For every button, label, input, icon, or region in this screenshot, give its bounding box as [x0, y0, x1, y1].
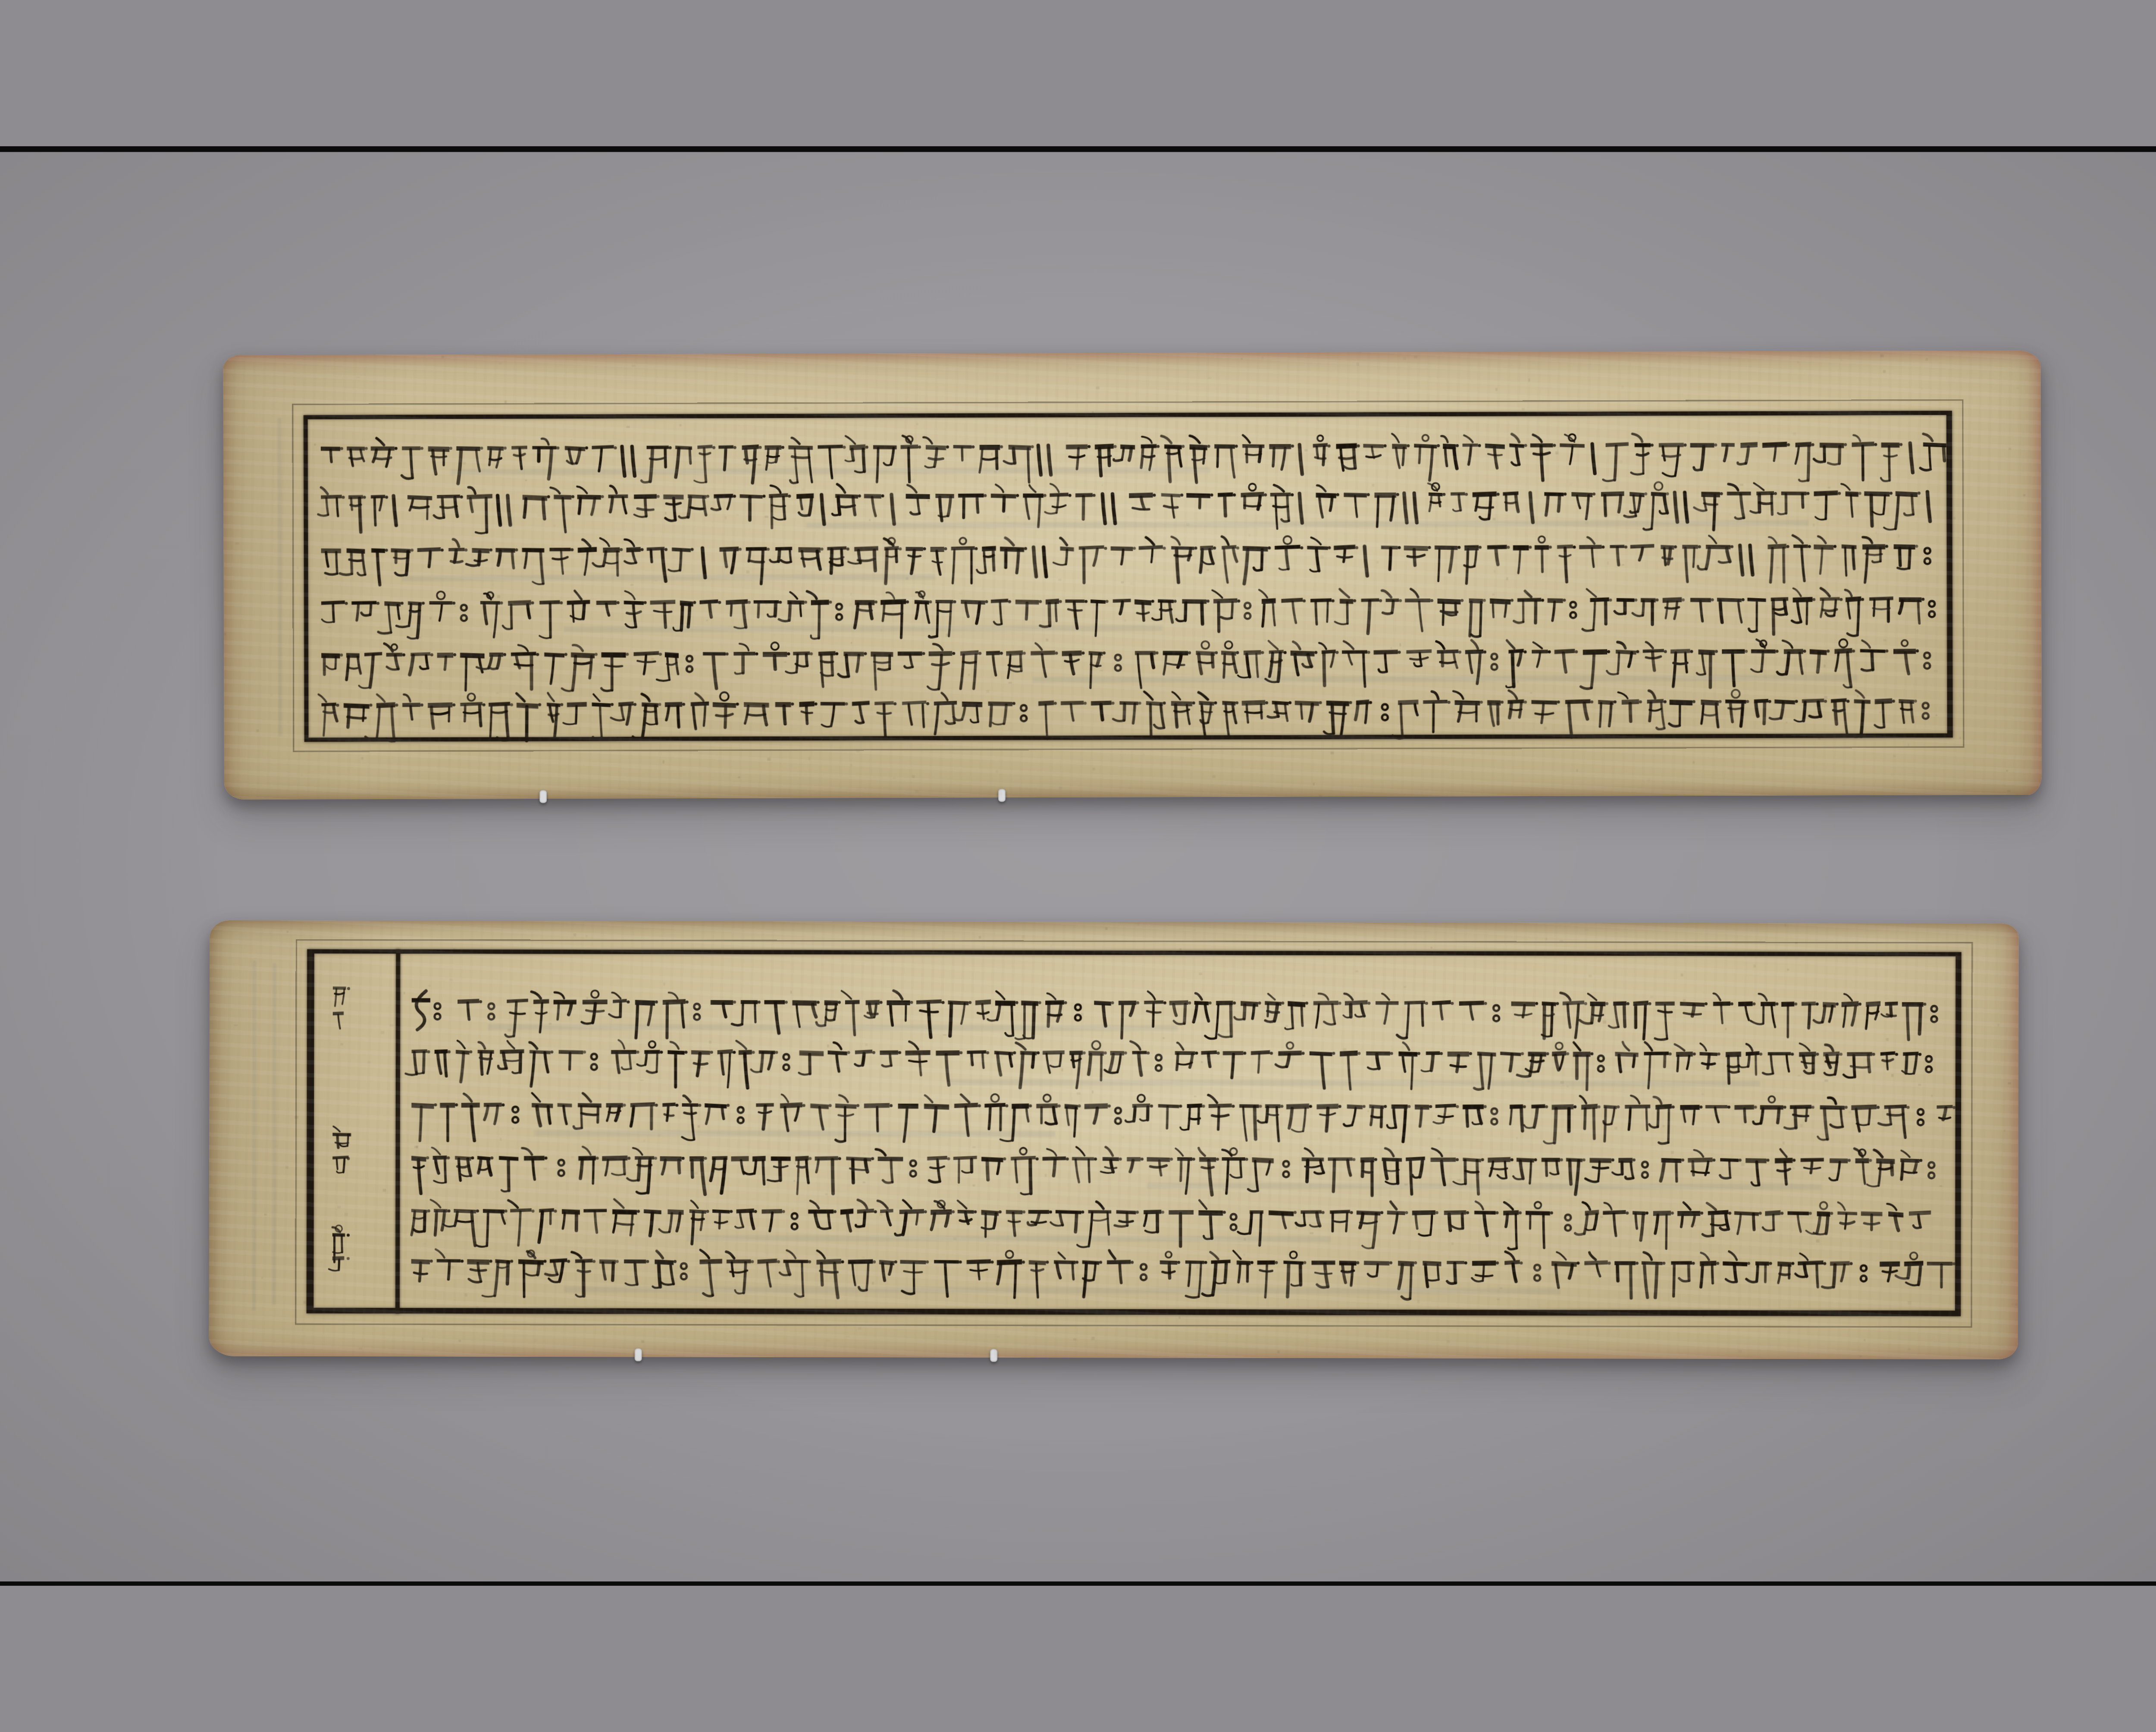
manuscript-leaf-upper [223, 350, 2042, 800]
binding-pin [539, 790, 547, 803]
film-border-top [0, 146, 2156, 152]
manuscript-leaf-lower [209, 920, 2018, 1359]
binding-pin [998, 789, 1006, 802]
upper-leaf-text-canvas [223, 350, 2042, 800]
binding-pin [635, 1348, 642, 1361]
film-border-bottom [0, 1581, 2156, 1586]
photograph-of-manuscript [0, 146, 2156, 1586]
lower-leaf-text-canvas [209, 920, 2018, 1359]
binding-pin [990, 1349, 997, 1362]
